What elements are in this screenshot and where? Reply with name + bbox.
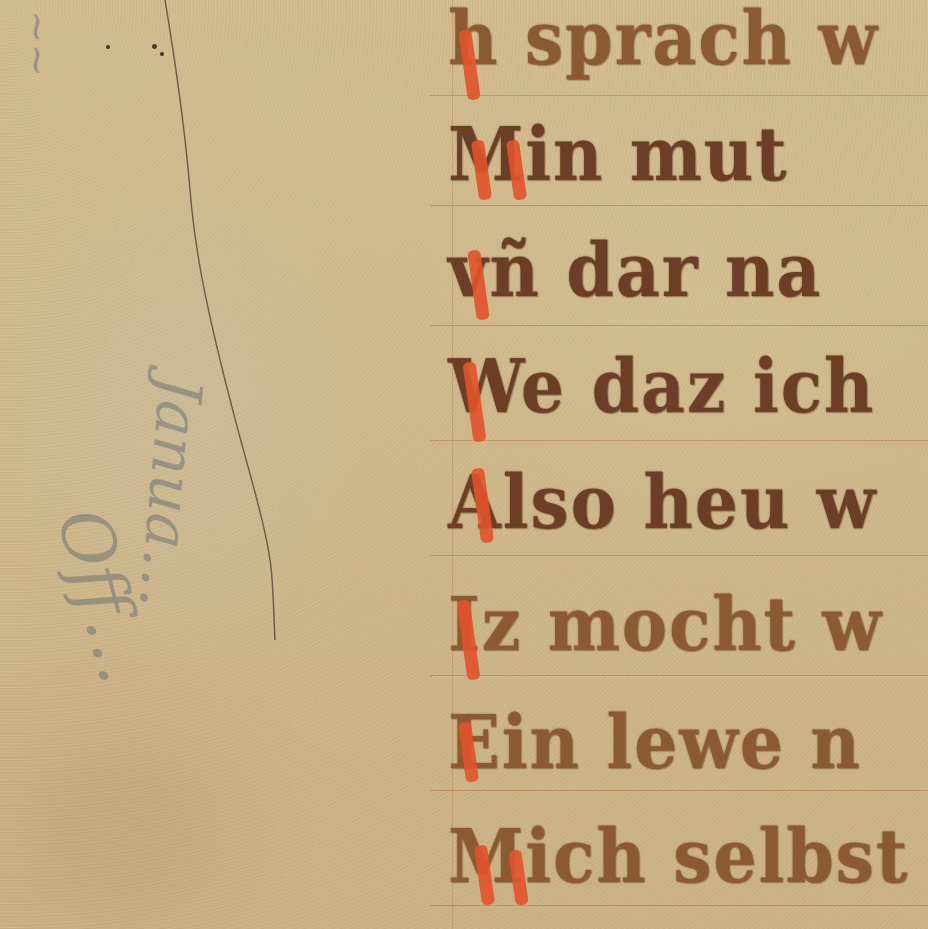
ruling-line <box>430 440 928 441</box>
ruling-line <box>430 325 928 326</box>
text-line-5: Also heu w <box>448 460 877 546</box>
text-line-1: h sprach w <box>448 0 879 82</box>
text-line-6: Iz mocht w <box>448 582 883 668</box>
text-line-3: vñ dar na <box>448 228 822 314</box>
ink-speck <box>152 44 157 49</box>
ink-speck <box>160 52 164 56</box>
ink-speck <box>106 45 110 49</box>
ruling-line <box>430 95 928 96</box>
ruling-line <box>430 205 928 206</box>
manuscript-page: ~~ Janua… Off… h sprach w Min mut vñ dar… <box>0 0 928 929</box>
text-line-4: We daz ich <box>448 344 875 430</box>
text-line-2: Min mut <box>448 112 788 198</box>
ruling-line <box>430 790 928 791</box>
ruling-line <box>430 675 928 676</box>
marginal-note-top: ~~ <box>14 10 60 77</box>
ruling-line <box>430 905 928 906</box>
text-line-7: Ein lewe n <box>448 700 862 786</box>
ruling-line <box>430 555 928 556</box>
